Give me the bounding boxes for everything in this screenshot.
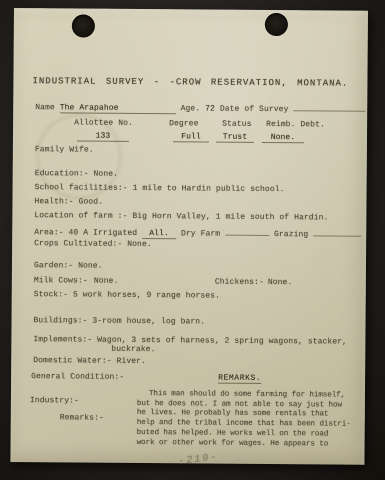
education-value: None. bbox=[93, 170, 118, 179]
punch-hole-left bbox=[72, 14, 95, 37]
location-row: Location of farm :- Big Horn Valley, 1 m… bbox=[34, 211, 328, 224]
general-condition-row: General Condition:- REMARKS. bbox=[11, 372, 365, 386]
implements-row-2: buckrake. bbox=[111, 345, 155, 356]
allotment-header-row: Allottee No. Degree Status Reimb. Debt. bbox=[13, 118, 367, 132]
allottee-no-value: 133 bbox=[77, 131, 129, 141]
allottee-no-header: Allottee No. bbox=[74, 118, 133, 127]
location-value: Big Horn Valley, 1 mile south of Hardin. bbox=[132, 212, 328, 223]
reimb-debt-header: Reimb. Debt. bbox=[266, 120, 325, 129]
remarks-label: Remarks:- bbox=[60, 413, 104, 422]
stock-value: 5 work horses, 9 range horses. bbox=[73, 290, 220, 300]
status-value: Trust bbox=[216, 133, 254, 143]
health-label: Health:- bbox=[34, 197, 73, 206]
industry-label: Industry:- bbox=[30, 396, 79, 405]
school-facilities-row: School facilities:- 1 mile to Hardin pub… bbox=[35, 183, 285, 196]
name-row: Name The Arapahoe Age. 72 Date of Survey bbox=[35, 100, 365, 114]
stock-label: Stock:- bbox=[34, 290, 68, 299]
age-label: Age. bbox=[181, 104, 201, 113]
domestic-water-value: River. bbox=[117, 357, 146, 366]
garden-row: Garden:- None. bbox=[34, 261, 103, 273]
age-value: 72 bbox=[205, 105, 215, 114]
crops-value: None. bbox=[127, 240, 152, 249]
chickens-value: None. bbox=[268, 278, 293, 287]
buildings-value: 3-room house, log barn. bbox=[92, 317, 205, 327]
health-row: Health:- Good. bbox=[34, 197, 103, 209]
buildings-label: Buildings:- bbox=[34, 316, 88, 325]
remarks-line: work or other work for wages. He appears… bbox=[137, 438, 359, 449]
family-value: Wife. bbox=[69, 145, 94, 154]
industry-row: Industry:- bbox=[30, 396, 79, 407]
chickens-label: Chickens:- bbox=[215, 278, 264, 287]
degree-value: Full bbox=[173, 132, 209, 142]
domestic-water-row: Domestic Water:- River. bbox=[33, 356, 146, 368]
education-row: Education:- None. bbox=[35, 169, 118, 181]
stock-row: Stock:- 5 work horses, 9 range horses. bbox=[34, 290, 220, 302]
grazing-blank bbox=[313, 227, 361, 236]
family-row: Family Wife. bbox=[35, 145, 94, 156]
family-label: Family bbox=[35, 145, 64, 154]
remarks-label-row: Remarks:- bbox=[60, 413, 104, 424]
milk-cows-value: None. bbox=[94, 277, 119, 286]
school-facilities-label: School facilities:- bbox=[35, 183, 128, 193]
name-value: The Arapahoe bbox=[60, 103, 176, 114]
implements-row: Implements:- Wagon, 3 sets of harness, 2… bbox=[33, 335, 347, 348]
dry-farm-label: Dry Farm bbox=[181, 229, 220, 238]
page-number: -219- bbox=[178, 452, 219, 467]
status-header: Status bbox=[222, 120, 251, 129]
crops-label: Crops Cultivated:- bbox=[34, 239, 122, 249]
name-label: Name bbox=[35, 103, 55, 112]
dry-farm-blank bbox=[225, 227, 269, 236]
domestic-water-label: Domestic Water:- bbox=[33, 356, 111, 366]
health-value: Good. bbox=[79, 198, 104, 207]
irrigated-value: All. bbox=[142, 229, 176, 239]
area-label: Area:- 40 A bbox=[34, 228, 88, 237]
education-label: Education:- bbox=[35, 169, 89, 178]
degree-header: Degree bbox=[169, 119, 198, 128]
date-of-survey-blank bbox=[293, 102, 365, 112]
implements-label: Implements:- bbox=[33, 335, 92, 344]
document-title: INDUSTRIAL SURVEY - -CROW RESERVATION, M… bbox=[13, 76, 367, 89]
area-row: Area:- 40 A Irrigated All. Dry Farm Graz… bbox=[34, 225, 361, 239]
remarks-heading: REMARKS. bbox=[218, 374, 261, 384]
photo-background: INDUSTRIAL SURVEY - -CROW RESERVATION, M… bbox=[0, 0, 385, 480]
irrigated-label: Irrigated bbox=[93, 229, 137, 238]
punch-hole-right bbox=[265, 13, 288, 36]
implements-value-line2: buckrake. bbox=[111, 345, 155, 354]
buildings-row: Buildings:- 3-room house, log barn. bbox=[33, 316, 205, 328]
garden-label: Garden:- bbox=[34, 261, 73, 270]
milk-cows-label: Milk Cows:- bbox=[34, 276, 88, 285]
school-facilities-value: 1 mile to Hardin public school. bbox=[133, 184, 285, 194]
remarks-paragraph: This man should do some farming for hims… bbox=[137, 390, 359, 450]
grazing-label: Grazing bbox=[274, 230, 308, 239]
location-label: Location of farm :- bbox=[34, 211, 127, 221]
reimb-debt-value: None. bbox=[262, 133, 304, 143]
garden-value: None. bbox=[78, 262, 103, 271]
allotment-values-row: 133 Full Trust None. bbox=[13, 131, 367, 145]
milk-cows-chickens-row: Milk Cows:- None. Chickens:- None. bbox=[12, 276, 366, 290]
document-page: INDUSTRIAL SURVEY - -CROW RESERVATION, M… bbox=[10, 8, 368, 465]
general-condition-label: General Condition:- bbox=[31, 372, 124, 382]
date-of-survey-label: Date of Survey bbox=[220, 105, 289, 115]
crops-row: Crops Cultivated:- None. bbox=[34, 239, 152, 251]
